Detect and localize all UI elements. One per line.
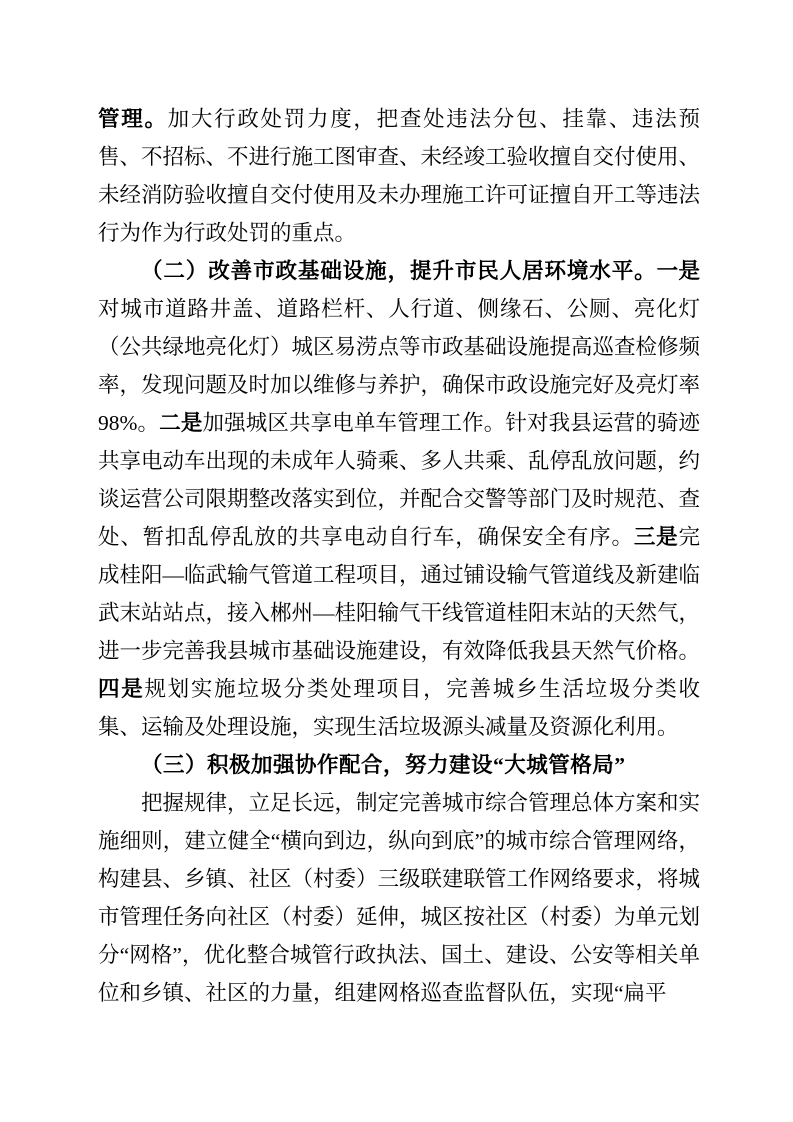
text-run: 一是: [657, 259, 700, 283]
text-run: 三是: [634, 525, 679, 549]
text-run: 加大行政处罚力度，把查处违法分包、挂靠、违法预售、不招标、不进行施工图审查、未经…: [98, 107, 700, 245]
text-run: 规划实施垃圾分类处理项目，完善城乡生活垃圾分类收集、运输及处理设施，实现生活垃圾…: [98, 677, 700, 739]
para-section-two: （二）改善市政基础设施，提升市民人居环境水平。一是对城市道路井盖、道路栏杆、人行…: [98, 252, 700, 746]
para-continuation: 管理。加大行政处罚力度，把查处违法分包、挂靠、违法预售、不招标、不进行施工图审查…: [98, 100, 700, 252]
document-body: 管理。加大行政处罚力度，把查处违法分包、挂靠、违法预售、不招标、不进行施工图审查…: [98, 100, 700, 1012]
text-run: 二是: [159, 411, 202, 435]
text-run: 管理。: [98, 107, 168, 131]
para-section-three-heading: （三）积极加强协作配合，努力建设“大城管格局”: [98, 746, 700, 784]
text-run: （三）积极加强协作配合，努力建设“大城管格局”: [141, 753, 626, 777]
document-page: 管理。加大行政处罚力度，把查处违法分包、挂靠、违法预售、不招标、不进行施工图审查…: [0, 0, 793, 1122]
text-run: （二）改善市政基础设施，提升市民人居环境水平。: [141, 259, 657, 283]
text-run: 四是: [98, 677, 144, 701]
para-section-three-body: 把握规律，立足长远，制定完善城市综合管理总体方案和实施细则，建立健全“横向到边，…: [98, 784, 700, 1012]
text-run: 把握规律，立足长远，制定完善城市综合管理总体方案和实施细则，建立健全“横向到边，…: [98, 791, 700, 1005]
